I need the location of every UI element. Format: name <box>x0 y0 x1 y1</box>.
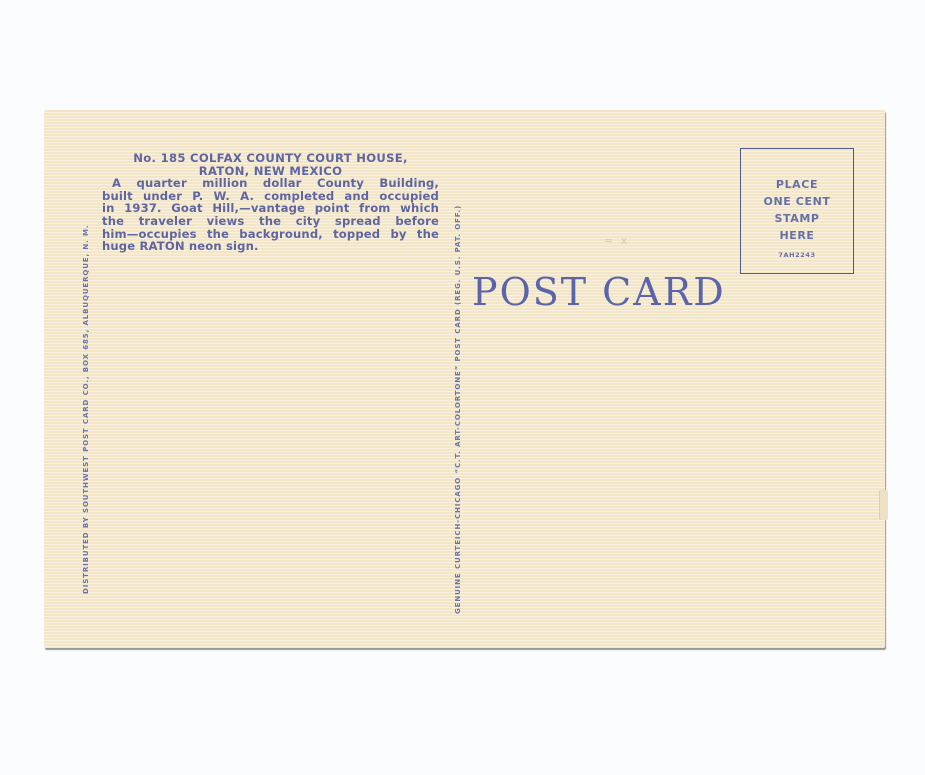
publisher-vertical-text: GENUINE CURTEICH-CHICAGO “C.T. ART-COLOR… <box>454 205 462 614</box>
caption-title-line-1: No. 185 COLFAX COUNTY COURT HOUSE, <box>102 152 439 165</box>
caption-body-line: A quarter million dollar County Building… <box>102 177 439 190</box>
distributor-vertical-text: DISTRIBUTED BY SOUTHWEST POST CARD CO., … <box>82 225 90 594</box>
stamp-line: ONE CENT <box>741 193 853 210</box>
post-card-heading: POST CARD <box>472 270 726 314</box>
stamp-line: STAMP <box>741 210 853 227</box>
pencil-mark: = x <box>604 234 629 247</box>
stamp-line: HERE <box>741 227 853 244</box>
caption-body: A quarter million dollar County Building… <box>102 177 439 253</box>
stamp-box: PLACE ONE CENT STAMP HERE 7AH2243 <box>740 148 854 274</box>
stamp-instructions: PLACE ONE CENT STAMP HERE <box>741 176 853 244</box>
caption-body-line: huge RATON neon sign. <box>102 240 439 253</box>
stamp-line: PLACE <box>741 176 853 193</box>
stamp-code: 7AH2243 <box>741 251 853 259</box>
caption-block: No. 185 COLFAX COUNTY COURT HOUSE, RATON… <box>102 152 439 253</box>
edge-damage <box>879 490 888 520</box>
postcard-back: No. 185 COLFAX COUNTY COURT HOUSE, RATON… <box>44 110 885 648</box>
caption-body-line: the traveler views the city spread befor… <box>102 215 439 228</box>
